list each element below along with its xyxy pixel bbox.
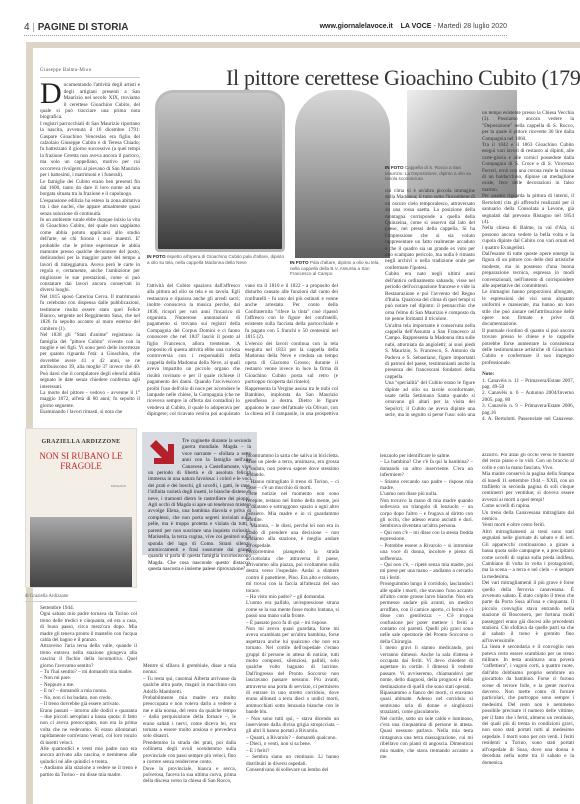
paragraph: – Potrebbe essere a Rivarolo – si introm… [380, 543, 473, 562]
article-column-3: vano tra il 1810 e il 1822 - a proposito… [245, 283, 338, 418]
paragraph: Attraverso l'aria tersa della valle, qua… [40, 643, 137, 669]
paragraph: Un treno della Canavesana mitragliato da… [482, 510, 574, 523]
paragraph: Dei vari mitragliamenti il più grave è f… [482, 580, 574, 644]
paragraph: In un ambiente rurale ebbe dunque inizio… [40, 217, 140, 294]
paragraph: Dall'esame di tutte queste opere emerge … [482, 251, 574, 289]
issue-date: Martedì 28 luglio 2020 [438, 23, 507, 30]
story-byline: di Graziella Ardizzone [25, 594, 137, 602]
paragraph: un tempo esistente presso la Chiesa Vecc… [482, 110, 574, 142]
book-promo-text: Tre cuginette durante la seconda guerra … [148, 438, 251, 573]
paragraph: Tra il 1842 e il 1863 Gioachino Cubito e… [482, 142, 574, 193]
book-author: GRAZIELLA ARDIZZONE [26, 439, 136, 445]
painting-photo-assunta [295, 90, 390, 258]
masthead-info: www.giornalelavoce.it LA VOCE - Martedì … [320, 23, 507, 30]
paragraph: Esaminando i lavori rimasti, si nota che [40, 409, 140, 415]
page-header: 4 | PAGINE DI STORIA www.giornalelavoce.… [24, 22, 507, 36]
section-label: 4 | PAGINE DI STORIA [24, 22, 129, 33]
paragraph: Alle quattordici e venti mio padre non e… [40, 746, 137, 765]
paragraph: Le immagini hanno proporzioni allungate,… [482, 289, 574, 327]
paragraph: – Sembra siano un centinaio. Li hanno di… [246, 754, 339, 767]
book-promo-box: Tre cuginette durante la seconda guerra … [142, 432, 257, 555]
page-number: 4 [24, 22, 30, 33]
paragraph: Consentivano di sollevare un lembo del [246, 767, 339, 773]
paragraph: Per quanto riguarda la pittura di intern… [482, 193, 574, 225]
note-item: 4. A. Bertolotti, Passeggiate nel Canave… [482, 416, 574, 420]
section-name: PAGINE DI STORIA [38, 22, 129, 33]
paragraph: I meno gravi li stanno medicando, poi ve… [380, 645, 473, 690]
paragraph: azzurro. Poi alzai gli occhi verso le fi… [482, 453, 574, 471]
paragraph: I registri parrocchiali di San Maurizio … [40, 121, 140, 179]
paragraph: Nel 1838 gli "Stati d'anime" registrano … [40, 332, 140, 390]
paragraph: – Qui non c'è – mi disse con la stessa f… [380, 530, 473, 543]
story-column-1: Settembre 1944. Ogni sabato mio padre to… [40, 605, 137, 800]
photo-caption-2: IN FOTO Pala d'altare, dipinto a olio su… [290, 260, 390, 277]
paragraph: Percorremmo piangendo la strada acciotto… [246, 549, 339, 594]
paragraph: – Qui non c'è, – ripetè senza mia madre,… [380, 562, 473, 581]
paragraph: l'attività del Cubito spaziava dall'affr… [147, 283, 240, 418]
note-item: 3. Canavèis n. 9 – Primavera/Estate 2006… [482, 403, 574, 416]
paragraph: incontrammo la sarta che saliva in bicic… [246, 453, 339, 479]
article-column-2: l'attività del Cubito spaziava dall'affr… [147, 283, 240, 418]
book-cover: GRAZIELLA ARDIZZONE NON SI RUBANO LE FRA… [25, 428, 137, 588]
paragraph: – Tu resta qui, casomai Alberta arrivass… [143, 676, 236, 695]
paragraph: L'espansione edilizia ha esteso la zona … [40, 198, 140, 217]
paragraph: L'elenco dei lavori continua con la tela… [245, 341, 338, 386]
paragraph: L'uomo era pallido, un'espressione stran… [246, 600, 339, 619]
paragraph: La linea è secondaria e il convoglio non… [482, 644, 574, 766]
paragraph: Mentre si sfilava il grembiule, disse a … [143, 663, 236, 676]
story-column-3: incontrammo la sarta che saliva in bicic… [246, 453, 339, 798]
article-column-1: Giuseppe Balma-Mion D ocumentando l'atti… [40, 68, 140, 413]
drop-cap: D [40, 82, 62, 106]
article-title: Il pittore cerettese Gioachino Cubito (1… [226, 65, 580, 91]
caption-label: IN FOTO [147, 254, 166, 259]
book-publisher: ROMANZO [111, 484, 126, 488]
photo-caption-3: IN FOTO Cappella di S. Rocco a San Mauri… [385, 165, 480, 182]
book-title: NON SI RUBANO LE FRAGOLE [26, 451, 136, 471]
paragraph: Dove la provinciale, bianca e secca, pol… [143, 766, 236, 785]
paragraph: Non trovavo la mano di mia madre quando … [380, 498, 473, 530]
note-item: 1. Canavèis n. 11 – Primavera/Estate 200… [482, 378, 574, 391]
paragraph: Proseguimmo lungo il corridoio, lasciand… [380, 581, 473, 645]
paragraph: Un'altra tela importante è conservata ne… [385, 323, 475, 381]
paragraph: Mia madre conservò la pagina della Stamp… [482, 471, 574, 503]
paragraph: Altri mitragliamenti ai treni sono stati… [482, 529, 574, 580]
paragraph: Cubito era nato negli ultimi anni dell'a… [385, 271, 475, 322]
paragraph: Non mi aveva quasi guardata, forse mi av… [246, 626, 339, 716]
paragraph: Ogni sabato mio padre tornava da Torino … [40, 611, 137, 643]
paragraph: Nella chiesa di Balme, in val d'Ala, si … [482, 225, 574, 251]
paragraph: Rappresenta la Vergine assisa tra le nub… [245, 386, 338, 419]
paragraph: La morte del pittore - vedovo - avvenne … [40, 390, 140, 409]
paragraph: Probabilmente mia madre era molto preocc… [143, 695, 236, 740]
paragraph: Nel cortile, sotto un sole caldo e lumin… [380, 716, 473, 761]
paper-name: LA VOCE [401, 23, 432, 30]
website-link[interactable]: www.giornalelavoce.it [320, 23, 393, 30]
note-item: 2. Canavèis n. 6 – Autunno 2004/Inverno … [482, 390, 574, 403]
photo-caption-1: IN FOTO rispetto all'opera di Gioachino … [147, 254, 285, 265]
painting-photo-madonna-della-neve [155, 90, 285, 252]
story-column-4: lenzuolo per identificare le salme. – La… [380, 453, 473, 798]
paragraph: Il puntuale riordino di quanto si può an… [482, 328, 574, 366]
article-column-4: cui cima vi è un'altra piccola immagine … [385, 188, 475, 418]
paragraph: – Mamma, – le dissi, perché lei non era … [246, 523, 339, 549]
paragraph: – Hanno mitragliato il treno di Torino, … [246, 479, 339, 492]
paragraph: Prendemmo la strada dei prati, poi dalla… [143, 740, 236, 766]
paragraph: Ripassammo a fianco dei morti, ci eravam… [380, 690, 473, 716]
paragraph: – Stiamo cercando suo padre – rispose mi… [380, 479, 473, 492]
paragraph: – Non sono tutti qui, – stava dicendo un… [246, 716, 339, 735]
story-column-2: Mentre si sfilava il grembiule, disse a … [143, 663, 236, 798]
paragraph: Una "specialità" del Cubito erano le fig… [385, 380, 475, 418]
caption-label: IN FOTO [385, 165, 404, 170]
story-column-5: azzurro. Poi alzai gli occhi verso le fi… [482, 453, 574, 798]
paragraph: – Andiamo alla stazione a vedere se il t… [40, 765, 137, 778]
paragraph: cui cima vi è un'altra piccola immagine … [385, 188, 475, 271]
article-column-5: un tempo esistente presso la Chiesa Vecc… [482, 110, 574, 420]
paragraph: Erano passati – intorno alle dodici e qu… [40, 708, 137, 746]
book-cover-photo [30, 517, 132, 587]
paragraph: vano tra il 1810 e il 1822 - a proposito… [245, 283, 338, 341]
paragraph: Le famiglie dei Cubito erano ben present… [40, 179, 140, 198]
paragraph: – La bambina? Che c'è fa qui la bambina?… [380, 459, 473, 478]
caption-label: IN FOTO [290, 260, 309, 265]
paragraph: Nel 1815 sposò Caterina Cerva. Il matrim… [40, 294, 140, 332]
caption-text: rispetto all'opera di Gioachino Cubito p… [147, 254, 284, 265]
paragraph: Certe notizie nel momento non sono recep… [246, 491, 339, 523]
